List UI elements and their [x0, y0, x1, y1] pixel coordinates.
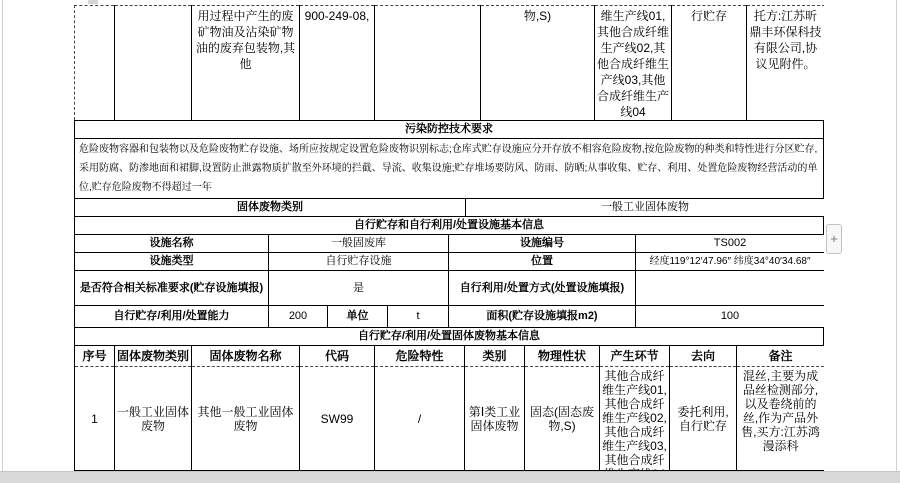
col-header-production-stage: 产生环节: [600, 346, 670, 367]
col-header-name: 固体废物名称: [192, 346, 300, 367]
table-row: 设施名称 一般固废库 设施编号 TS002: [75, 235, 825, 253]
facility-section-title: 自行贮存和自行利用/处置设施基本信息: [75, 217, 824, 235]
physical-state-cell[interactable]: 物,S): [481, 6, 595, 121]
name-cell[interactable]: 其他一般工业固体废物: [192, 367, 300, 472]
add-column-button[interactable]: +: [826, 224, 842, 254]
area-label: 面积(贮存设施填报m2): [449, 306, 636, 328]
hazardous-waste-table-tail: 用过程中产生的废矿物油及沾染矿物油的废弃包装物,其他 900-249-08, 物…: [74, 5, 824, 121]
ruler-tick: [88, 0, 98, 4]
col-header-seq: 序号: [75, 346, 115, 367]
facility-location-value[interactable]: 经度119°12′47.96″ 纬度34°40′34.68″: [636, 253, 825, 271]
facility-code-label: 设施编号: [449, 235, 636, 253]
remark-cell[interactable]: 混丝,主要为成品丝检测部分,以及卷绕前的丝,作为产品外售,买方:江苏鸿漫添科: [737, 367, 825, 472]
col-header-destination: 去向: [670, 346, 737, 367]
facility-code-value[interactable]: TS002: [636, 235, 825, 253]
production-stage-cell[interactable]: 其他合成纤维生产线01,其他合成纤维生产线02,其他合成纤维生产线03,其他合成…: [600, 367, 670, 472]
table-cell[interactable]: [75, 6, 115, 121]
col-header-category: 固体废物类别: [115, 346, 192, 367]
facility-name-value[interactable]: 一般固废库: [269, 235, 449, 253]
table-row: 1 一般工业固体废物 其他一般工业固体废物 SW99 / 第Ⅰ类工业固体废物 固…: [75, 367, 825, 472]
document-table: 用过程中产生的废矿物油及沾染矿物油的废弃包装物,其他 900-249-08, 物…: [74, 5, 824, 471]
disposal-method-value[interactable]: [636, 271, 825, 306]
table-row: 危险废物容器和包装物以及危险废物贮存设施、场所应按规定设置危险废物识别标志;仓库…: [75, 139, 824, 199]
physical-state-cell[interactable]: 固态(固态废物,S): [525, 367, 600, 472]
waste-info-section-header: 自行贮存/利用/处置固体废物基本信息: [74, 328, 824, 346]
standard-compliance-value[interactable]: 是: [269, 271, 449, 306]
waste-category-value[interactable]: 一般工业固体废物: [466, 199, 825, 217]
col-header-remark: 备注: [737, 346, 825, 367]
pollution-control-requirements[interactable]: 危险废物容器和包装物以及危险废物贮存设施、场所应按规定设置危险废物识别标志;仓库…: [75, 139, 824, 199]
disposal-method-label: 自行利用/处置方式(处置设施填报): [449, 271, 636, 306]
destination-cell[interactable]: 委托利用,自行贮存: [670, 367, 737, 472]
waste-category-row: 固体废物类别 一般工业固体废物: [74, 199, 824, 217]
table-cell[interactable]: [375, 6, 481, 121]
table-row: 设施类型 自行贮存设施 位置 经度119°12′47.96″ 纬度34°40′3…: [75, 253, 825, 271]
col-header-code: 代码: [300, 346, 375, 367]
seq-cell[interactable]: 1: [75, 367, 115, 472]
table-cell[interactable]: [115, 6, 192, 121]
facility-section-header: 自行贮存和自行利用/处置设施基本信息: [74, 217, 824, 235]
pollution-control-section: 污染防控技术要求 危险废物容器和包装物以及危险废物贮存设施、场所应按规定设置危险…: [74, 121, 824, 199]
remark-cell[interactable]: 托方:江苏昕鼎丰环保科技有限公司,协议见附件。: [747, 6, 825, 121]
unit-label: 单位: [328, 306, 388, 328]
facility-type-label: 设施类型: [75, 253, 269, 271]
document-viewer: 用过程中产生的废矿物油及沾染矿物油的废弃包装物,其他 900-249-08, 物…: [0, 0, 900, 483]
destination-cell[interactable]: 行贮存: [672, 6, 747, 121]
table-row: 用过程中产生的废矿物油及沾染矿物油的废弃包装物,其他 900-249-08, 物…: [75, 6, 825, 121]
facility-location-label: 位置: [449, 253, 636, 271]
standard-compliance-label: 是否符合相关标准要求(贮存设施填报): [75, 271, 269, 306]
col-header-hazard: 危险特性: [375, 346, 465, 367]
facility-name-label: 设施名称: [75, 235, 269, 253]
capacity-value[interactable]: 200: [269, 306, 328, 328]
waste-code-cell[interactable]: 900-249-08,: [300, 6, 375, 121]
facility-info-grid: 设施名称 一般固废库 设施编号 TS002 设施类型 自行贮存设施 位置 经度1…: [74, 235, 824, 328]
table-row: 自行贮存/利用/处置固体废物基本信息: [75, 328, 824, 346]
table-row: 污染防控技术要求: [75, 121, 824, 139]
area-value[interactable]: 100: [636, 306, 825, 328]
table-header-row: 序号 固体废物类别 固体废物名称 代码 危险特性 类别 物理性状 产生环节 去向…: [75, 346, 825, 367]
horizontal-scrollbar-track[interactable]: [0, 471, 900, 483]
capacity-label: 自行贮存/利用/处置能力: [75, 306, 269, 328]
waste-detail-table: 序号 固体废物类别 固体废物名称 代码 危险特性 类别 物理性状 产生环节 去向…: [74, 346, 824, 471]
pollution-control-title: 污染防控技术要求: [75, 121, 824, 139]
hazard-cell[interactable]: /: [375, 367, 465, 472]
waste-category-label: 固体废物类别: [75, 199, 466, 217]
code-cell[interactable]: SW99: [300, 367, 375, 472]
category-cell[interactable]: 一般工业固体废物: [115, 367, 192, 472]
table-row: 固体废物类别 一般工业固体废物: [75, 199, 825, 217]
table-row: 是否符合相关标准要求(贮存设施填报) 是 自行利用/处置方式(处置设施填报): [75, 271, 825, 306]
class-cell[interactable]: 第Ⅰ类工业固体废物: [465, 367, 525, 472]
table-row: 自行贮存/利用/处置能力 200 单位 t 面积(贮存设施填报m2) 100: [75, 306, 825, 328]
waste-name-cell[interactable]: 用过程中产生的废矿物油及沾染矿物油的废弃包装物,其他: [192, 6, 300, 121]
unit-value[interactable]: t: [388, 306, 449, 328]
facility-type-value[interactable]: 自行贮存设施: [269, 253, 449, 271]
waste-info-section-title: 自行贮存/利用/处置固体废物基本信息: [75, 328, 824, 346]
table-row: 自行贮存和自行利用/处置设施基本信息: [75, 217, 824, 235]
col-header-physical-state: 物理性状: [525, 346, 600, 367]
production-line-cell[interactable]: 维生产线01,其他合成纤维生产线02,其他合成纤维生产线03,其他合成纤维生产线…: [595, 6, 672, 121]
col-header-class: 类别: [465, 346, 525, 367]
